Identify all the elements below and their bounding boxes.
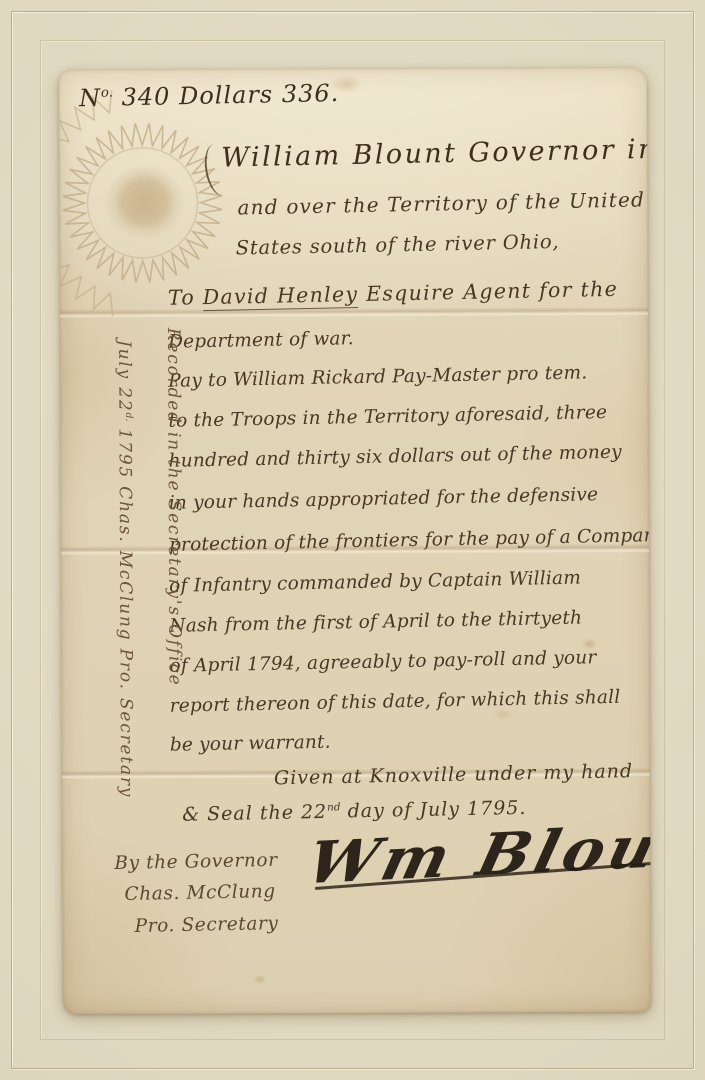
manuscript-line: of Infantry commanded by Captain William bbox=[169, 568, 581, 597]
secretary-name: Chas. McClung bbox=[124, 881, 276, 905]
dollars-label: Dollars bbox=[179, 80, 274, 110]
manuscript-line: of April 1794, agreeably to pay-roll and… bbox=[169, 647, 596, 677]
document-photograph: No. 340 Dollars 336. William Blount Gove… bbox=[0, 0, 705, 1080]
to-prefix: To bbox=[168, 285, 203, 310]
given-at-line: Given at Knoxville under my hand bbox=[274, 760, 633, 789]
address-line: Department of war. bbox=[168, 328, 354, 353]
number-prefix: N bbox=[79, 84, 102, 112]
manuscript-line: Pay to William Rickard Pay-Master pro te… bbox=[168, 362, 587, 391]
manuscript-paper: No. 340 Dollars 336. William Blount Gove… bbox=[59, 68, 651, 1015]
manuscript-line: hundred and thirty six dollars out of th… bbox=[168, 442, 622, 472]
seal-date-prefix: & Seal the 22 bbox=[182, 801, 327, 826]
seal-date-superscript: nd bbox=[327, 801, 341, 813]
manuscript-line: be your warrant. bbox=[170, 732, 331, 756]
margin-docket-line-2: July 22d. 1795 Chas. McClung Pro. Secret… bbox=[114, 340, 136, 798]
margin-date-suffix: 1795 Chas. McClung Pro. Secretary bbox=[114, 421, 136, 798]
recipient-name: David Henley bbox=[203, 282, 359, 311]
manuscript-line: in your hands appropriated for the defen… bbox=[169, 484, 599, 514]
manuscript-line: to the Troops in the Territory aforesaid… bbox=[168, 402, 607, 432]
seal-date-suffix: day of July 1795. bbox=[340, 797, 526, 823]
paper-stain bbox=[253, 974, 267, 984]
seal-wafer-stain bbox=[104, 164, 184, 240]
dollar-amount: 336. bbox=[282, 79, 340, 108]
number-superscript: o. bbox=[101, 86, 113, 101]
margin-date-prefix: July 22 bbox=[114, 340, 134, 413]
manuscript-line: report thereon of this date, for which t… bbox=[170, 687, 621, 717]
manuscript-line: Nash from the first of April to the thir… bbox=[169, 608, 582, 637]
warrant-number: 340 bbox=[121, 82, 170, 111]
warrant-number-line: No. 340 Dollars 336. bbox=[79, 79, 340, 112]
by-governor-line: By the Governor bbox=[114, 850, 278, 874]
margin-docket-line-1: Recorded in the Secretary's Office bbox=[163, 328, 185, 687]
secretary-title: Pro. Secretary bbox=[134, 913, 278, 937]
